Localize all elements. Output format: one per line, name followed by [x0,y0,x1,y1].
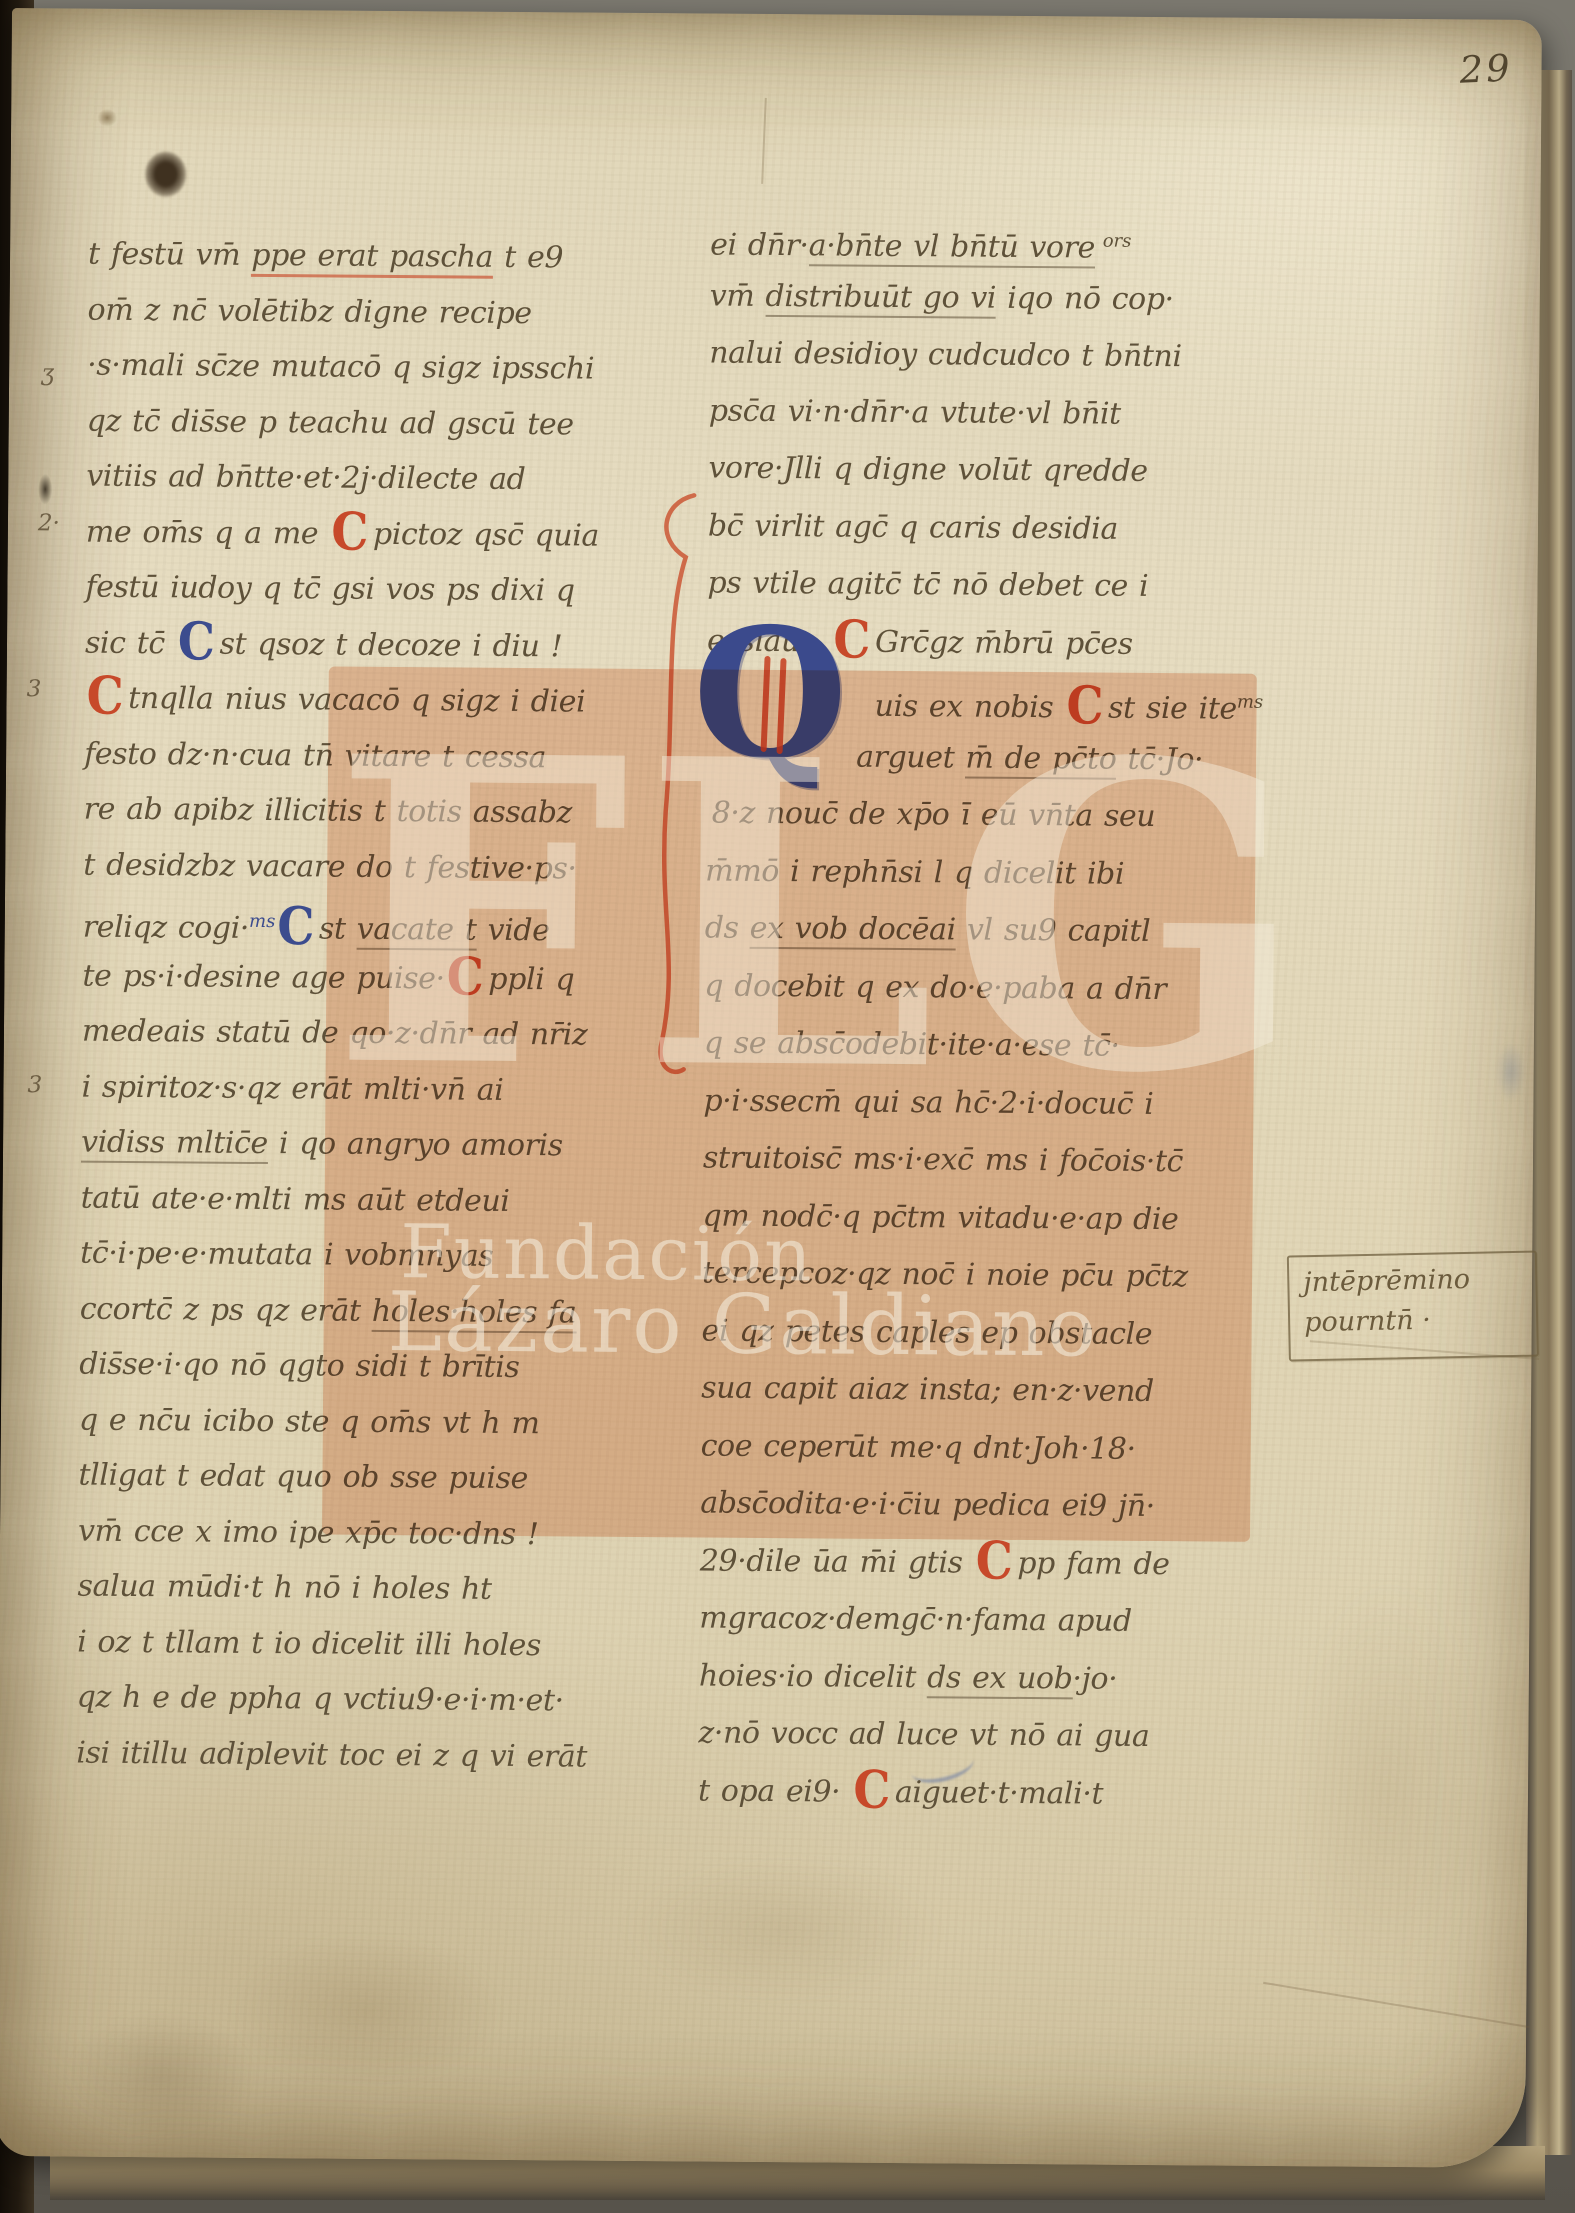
text-segment: m̄ de pc̄to [965,740,1116,779]
text-segment: st sie ite [1108,691,1237,727]
text-segment: t festū vm̄ [88,237,252,273]
manuscript-line: tatū ate·e·mlti ms aūt etdeui [80,1170,670,1230]
text-segment: festo dz·n·cua tn̄ vitare t cessa [84,736,546,775]
manuscript-line: sic tc̄ Cst qsoz t decoze i diu ! [85,615,675,675]
text-segment: q se absc̄odebit·ite·a·ese tc̄· [704,1025,1120,1063]
manuscript-line: bc̄ virlit agc̄ q caris desidia [708,497,1283,559]
text-segment: te ps·i·desine age puise· [82,958,445,996]
text-segment: medeais statū de qo·z·dn̄r ad nr̄iz [82,1014,588,1053]
crease-line [1263,1982,1530,2028]
text-segment: pictoz qsc̄ quia [373,516,599,553]
manuscript-line: 29·dile ūa m̄i gtis Cpp fam de [700,1532,1275,1594]
manuscript-line: ccortc̄ z ps qz erāt holes·holes fa [80,1281,670,1341]
text-segment: a·bn̄te vl bn̄tū vore [808,228,1095,268]
text-segment: ms [249,911,275,932]
text-segment: ei dn̄r· [710,227,809,263]
text-segment: nalui desidioy cudcudco t bn̄tni [709,335,1182,374]
manuscript-line: vm̄ distribuūt go vi iqo nō cop· [710,267,1285,329]
margin-note-line: pourntn̄ · [1304,1299,1527,1343]
manuscript-line: q e nc̄u icibo ste q om̄s vt h m [79,1392,669,1452]
ink-blot-stain [145,151,187,197]
text-segment: vm̄ [710,278,766,313]
text-segment: aiguet·t·mali·t [895,1774,1103,1811]
margin-note-box: jntēprēmino pourntn̄ · [1287,1251,1539,1362]
manuscript-line: i spiritoz·s·qz erāt mlti·vn̄ ai [81,1059,671,1119]
text-segment: tc̄·Jo· [1116,741,1203,777]
parchment-stain [616,1853,947,2006]
text-segment: st [319,911,357,946]
text-segment: mgracoz·demgc̄·n·fama apud [699,1600,1132,1638]
parchment-stain [65,2008,256,2139]
text-segment: pp fam de [1017,1545,1170,1581]
manuscript-line: salua mūdi·t h nō i holes ht [77,1559,667,1619]
text-segment: distribuūt go vi [765,278,996,318]
manuscript-line: t festū vm̄ ppe erat pascha t e9 [88,227,678,287]
manuscript-line: medeais statū de qo·z·dn̄r ad nr̄iz [82,1004,672,1064]
text-segment: reliqz cogi· [83,910,250,946]
manuscript-line: ei dn̄r·a·bn̄te vl bn̄tū vore ors [710,209,1285,271]
manuscript-line: sua capit aiaz insta; en·z·vend [701,1359,1276,1421]
manuscript-line: vore·Jlli q digne volūt qredde [708,439,1283,501]
text-segment: festū iudoy q tc̄ gsi vos ps dixi q [85,570,574,609]
manuscript-line: z·nō vocc ad luce vt nō ai gua [698,1704,1273,1766]
text-segment: tercepcoz·qz noc̄ i noie pc̄u pc̄tz [702,1255,1188,1294]
manuscript-line: tc̄·i·pe·e·mutata i vobmnyas [80,1226,670,1286]
text-segment: t desidzbz vacare do t festive·ps· [83,847,577,886]
text-segment: i spiritoz·s·qz erāt mlti·vn̄ ai [81,1069,503,1107]
text-segment: ccortc̄ z ps qz erāt [80,1291,372,1328]
text-segment: me om̄s q a me [86,514,330,551]
text-segment: tc̄·i·pe·e·mutata i vobmnyas [80,1236,493,1274]
manuscript-line: m̄mō i rephn̄si l q dicelit ibi [705,842,1280,904]
text-segment: sua capit aiaz insta; en·z·vend [701,1370,1154,1409]
manuscript-line: q docebit q ex do·e·paba a dn̄r [704,957,1279,1019]
manuscript-line: Ctnqlla nius vacacō q sigz i diei [84,671,674,731]
text-segment: vidiss mltic̄e [81,1125,268,1164]
text-segment: q docebit q ex do·e·paba a dn̄r [704,968,1166,1007]
text-segment: re ab apibz illicitis t totis assabz [84,792,573,831]
text-segment: 8·z nouc̄ de xp̄o ī eū vn̄ta seu [712,796,1156,834]
text-segment: isi itillu adiplevit toc ei z q vi erāt [76,1735,587,1774]
crease-line [761,98,767,184]
text-segment: vide [476,913,549,949]
text-segment: absc̄odita·e·i·c̄iu pedica ei9 jn̄· [700,1485,1155,1524]
text-segment: qm nodc̄·q pc̄tm vitadu·e·ap die [702,1198,1178,1237]
manuscript-line: qz h e de ppha q vctiu9·e·i·m·et· [77,1670,667,1730]
margin-mark: 2· [38,510,60,536]
manuscript-line: festo dz·n·cua tn̄ vitare t cessa [84,726,674,786]
text-segment: p·i·ssecm̄ qui sa hc̄·2·i·docuc̄ i [703,1083,1153,1122]
text-segment: uis ex nobis [874,689,1064,725]
manuscript-line: mgracoz·demgc̄·n·fama apud [699,1589,1274,1651]
manuscript-line: te ps·i·desine age puise·Cppli q [82,948,672,1008]
margin-mark: 3 [27,676,42,702]
text-segment: tatū ate·e·mlti ms aūt etdeui [81,1180,510,1218]
page-folio-number: 29 [1459,46,1514,91]
manuscript-line: p·i·ssecm̄ qui sa hc̄·2·i·docuc̄ i [703,1072,1278,1134]
manuscript-line: i oz t tllam t io dicelit illi holes [77,1614,667,1674]
text-segment: dis̄se·i·qo nō qgto sidi t brītis [79,1347,519,1385]
text-segment: i oz t tllam t io dicelit illi holes [77,1624,541,1663]
parchment-stain [97,109,117,127]
text-segment: struitoisc̄ ms·i·exc̄ ms i foc̄ois·tc̄ [703,1140,1183,1179]
text-segment: q e nc̄u icibo ste q om̄s vt h m [79,1402,540,1441]
manuscript-line: vidiss mltic̄e i qo angryo amoris [81,1115,671,1175]
text-segment: bc̄ virlit agc̄ q caris desidia [708,508,1118,546]
manuscript-line: ei qz petes caples ep obstacle [701,1302,1276,1364]
manuscript-line: qm nodc̄·q pc̄tm vitadu·e·ap die [702,1187,1277,1249]
text-segment: st qsoz t decoze i diu ! [219,626,562,664]
text-segment: hoies·io dicelit [699,1658,927,1695]
manuscript-line: qz tc̄ dis̄se p teachu ad gscū tee [87,393,677,453]
text-segment: salua mūdi·t h nō i holes ht [77,1569,491,1607]
manuscript-line: vm̄ cce x imo ipe xp̄c toc·dns ! [78,1503,668,1563]
text-segment: coe ceperūt me·q dnt·Joh·18· [701,1428,1136,1466]
parchment-page: 29 ʒ 2· 3 3 t festū vm̄ ppe erat pascha … [0,8,1542,2168]
text-segment: sic tc̄ [85,625,176,661]
manuscript-line: psc̄a vi·n·dn̄r·a vtute·vl bn̄it [709,382,1284,444]
text-segment: ex vob docēai [750,911,956,951]
text-segment: ei qz petes caples ep obstacle [701,1313,1152,1352]
manuscript-line: isi itillu adiplevit toc ei z q vi erāt [76,1725,666,1785]
text-segment: z·nō vocc ad luce vt nō ai gua [698,1715,1149,1754]
manuscript-line: festū iudoy q tc̄ gsi vos ps dixi q [85,560,675,620]
text-segment: ors [1095,231,1132,252]
manuscript-line: re ab apibz illicitis t totis assabz [83,782,673,842]
text-segment: tnqlla nius vacacō q sigz i diei [128,681,585,720]
text-segment: vore·Jlli q digne volūt qredde [708,450,1148,488]
text-segment: arguet [856,739,966,775]
text-segment: iqo nō cop· [996,280,1174,316]
illuminated-initial-q: Q [692,613,848,774]
text-segment: t e9 [493,240,563,276]
manuscript-line: ·s·mali sc̄ze mutacō q sigz ipsschi [87,338,677,398]
text-segment: psc̄a vi·n·dn̄r·a vtute·vl bn̄it [709,393,1121,431]
text-segment: qz h e de ppha q vctiu9·e·i·m·et· [77,1680,564,1719]
manuscript-line: coe ceperūt me·q dnt·Joh·18· [701,1417,1276,1479]
text-segment: Grc̄gz m̄brū pc̄es [875,624,1133,661]
text-segment: ·jo· [1072,1661,1117,1696]
text-segment: ms [1237,692,1263,713]
manuscript-line: struitoisc̄ ms·i·exc̄ ms i foc̄ois·tc̄ [703,1129,1278,1191]
text-segment: holes·holes fa [372,1293,577,1333]
manuscript-line: q se absc̄odebit·ite·a·ese tc̄· [704,1014,1279,1076]
manuscript-line: t desidzbz vacare do t festive·ps· [83,837,673,897]
margin-note-line: jntēprēmino [1303,1259,1526,1303]
manuscript-line: hoies·io dicelit ds ex uob·jo· [699,1647,1274,1709]
manuscript-line: tlligat t edat quo ob sse puise [78,1448,668,1508]
text-segment: 29·dile ūa m̄i gtis [700,1543,974,1580]
text-segment: vm̄ cce x imo ipe xp̄c toc·dns ! [78,1513,539,1552]
margin-mark: ʒ [41,360,54,386]
parchment-stain [226,1930,507,2092]
text-segment: ppe erat pascha [251,238,493,279]
manuscript-line: t opa ei9· Caiguet·t·mali·t [698,1762,1273,1824]
manuscript-line: me om̄s q a me Cpictoz qsc̄ quia [86,504,676,564]
text-segment: m̄mō i rephn̄si l q dicelit ibi [705,853,1124,891]
text-segment: vitiis ad bn̄tte·et·2j·dilecte ad [86,459,525,497]
manuscript-line: om̄ z nc̄ volētibz digne recipe [87,282,677,342]
text-segment: i qo angryo amoris [268,1126,563,1163]
edge-nick-stain [38,474,52,504]
text-segment: om̄ z nc̄ volētibz digne recipe [87,292,531,330]
edge-smudge [1495,1042,1525,1102]
text-segment: ds ex uob [927,1660,1073,1699]
manuscript-scan-backdrop: 29 ʒ 2· 3 3 t festū vm̄ ppe erat pascha … [0,0,1575,2213]
text-segment: ppli q [488,961,574,997]
manuscript-line: nalui desidioy cudcudco t bn̄tni [709,324,1284,386]
manuscript-line: reliqz cogi·msCst vacate t vide [83,893,673,953]
text-segment: qz tc̄ dis̄se p teachu ad gscū tee [87,403,574,442]
margin-mark: 3 [27,1072,42,1098]
text-segment: t opa ei9· [698,1773,852,1809]
text-segment: tlligat t edat quo ob sse puise [78,1458,528,1497]
text-segment: vl su9 capitl [956,912,1151,949]
text-column-left: t festū vm̄ ppe erat pascha t e9om̄ z nc… [76,227,678,1786]
manuscript-line: ds ex vob docēai vl su9 capitl [705,899,1280,961]
text-segment: ·s·mali sc̄ze mutacō q sigz ipsschi [87,348,594,387]
manuscript-line: dis̄se·i·qo nō qgto sidi t brītis [79,1337,669,1397]
parchment-stain [1286,1578,1489,2000]
manuscript-line: absc̄odita·e·i·c̄iu pedica ei9 jn̄· [700,1474,1275,1536]
manuscript-line: tercepcoz·qz noc̄ i noie pc̄u pc̄tz [702,1244,1277,1306]
manuscript-line: vitiis ad bn̄tte·et·2j·dilecte ad [86,449,676,509]
text-column-right: ei dn̄r·a·bn̄te vl bn̄tū vore orsvm̄ dis… [698,209,1286,1823]
